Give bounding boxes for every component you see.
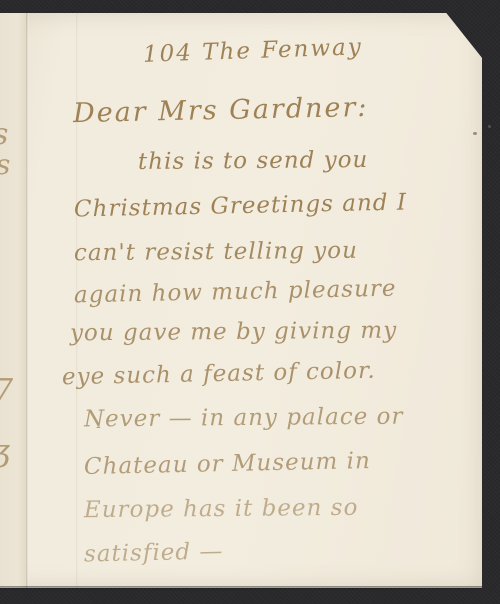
body-line: this is to send you: [138, 149, 369, 174]
margin-ink-fragment: is: [0, 151, 10, 179]
margin-ink-fragment: ʒ: [0, 437, 10, 467]
address-line: 104 The Fenway: [143, 36, 363, 67]
body-line: Europe has it been so: [84, 497, 359, 522]
paper-edge-shadow: [0, 586, 482, 590]
body-line: Christmas Greetings and I: [74, 192, 407, 222]
body-line: Chateau or Museum in: [84, 450, 371, 479]
body-line: again how much pleasure: [74, 278, 397, 308]
fold-crease: [26, 13, 29, 588]
salutation-line: Dear Mrs Gardner:: [73, 94, 369, 127]
dust-speck: [473, 132, 477, 135]
margin-ink-fragment: s: [0, 120, 8, 150]
dust-speck: [488, 125, 491, 128]
adjacent-page-sliver: [0, 13, 26, 588]
body-line: you gave me by giving my: [70, 320, 397, 346]
margin-ink-fragment: 7: [0, 376, 13, 406]
letter-paper: s is 7 ʒ 104 The Fenway Dear Mrs Gardner…: [0, 13, 482, 588]
scanned-letter-photo: s is 7 ʒ 104 The Fenway Dear Mrs Gardner…: [0, 0, 500, 604]
stray-pen-mark: -: [96, 420, 101, 434]
body-line: eye such a feast of color.: [62, 360, 376, 390]
body-line: Never — in any palace or: [84, 406, 404, 432]
body-line: satisfied —: [84, 541, 224, 567]
body-line: can't resist telling you: [74, 240, 358, 265]
